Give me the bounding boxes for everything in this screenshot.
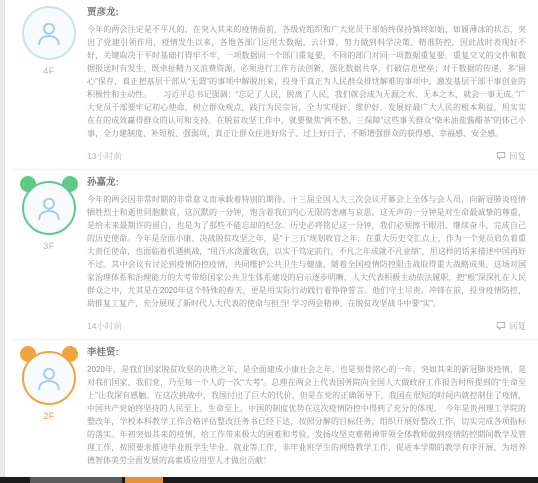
comment-thread: 4F 贾彦龙: 今年的两会注定是不平凡的，在突入其来的疫情面前，各级党组织和广大… <box>0 0 538 474</box>
reply-button-label: 回复 <box>509 320 526 332</box>
comment-content: 贾彦龙: 今年的两会注定是不平凡的，在突入其来的疫情面前，各级党组织和广大党员干… <box>85 2 538 162</box>
bottom-bar-orange-segment[interactable] <box>125 477 163 483</box>
avatar[interactable] <box>22 351 76 405</box>
comment-author: 李桂贤: <box>87 344 526 358</box>
comment-footer: 13小时前 回复 <box>87 150 526 162</box>
bottom-bar-gray-segment <box>30 477 122 483</box>
comment-item: 3F 孙嘉龙: 今年的两会因非常时期的非常意义而承载着特别的期待。十三届全国人大… <box>13 170 538 340</box>
user-avatar-icon[interactable] <box>22 181 76 235</box>
floor-badge: 4F <box>43 66 55 76</box>
comment-item: 2F 李桂贤: 2020年，是我们国家脱贫攻坚的决胜之年，是全面建成小康社会之年… <box>13 340 538 474</box>
comment-body: 今年的两会注定是不平凡的，在突入其来的疫情面前，各级党组织和广大党员干部始终保持… <box>87 23 526 140</box>
comment-content: 孙嘉龙: 今年的两会因非常时期的非常意义而承载着特别的期待。十三届全国人大三次会… <box>85 172 538 332</box>
person-icon <box>34 193 64 223</box>
comment-body: 今年的两会因非常时期的非常意义而承载着特别的期待。十三届全国人大三次会议开幕会上… <box>87 193 526 310</box>
avatar[interactable] <box>22 6 76 60</box>
reply-button[interactable]: 回复 <box>496 320 526 332</box>
comment-timestamp: 13小时前 <box>87 150 122 162</box>
comment-meta-column: 2F <box>13 342 85 467</box>
comment-meta-column: 3F <box>13 172 85 332</box>
user-avatar-icon[interactable] <box>22 6 76 60</box>
comment-author: 贾彦龙: <box>87 4 526 18</box>
floor-badge: 2F <box>43 411 55 421</box>
person-icon <box>34 18 64 48</box>
comment-footer: 14小时前 回复 <box>87 320 526 332</box>
reply-button[interactable]: 回复 <box>496 150 526 162</box>
avatar[interactable] <box>22 181 76 235</box>
comment-content: 李桂贤: 2020年，是我们国家脱贫攻坚的决胜之年，是全面建成小康社会之年，也是… <box>85 342 538 467</box>
comment-meta-column: 4F <box>13 2 85 162</box>
speech-bubble-icon <box>496 321 506 331</box>
comment-body: 2020年，是我们国家脱贫攻坚的决胜之年，是全面建成小康社会之年，也是刻骨铭心的… <box>87 363 526 467</box>
comment-author: 孙嘉龙: <box>87 174 526 188</box>
person-icon <box>34 363 64 393</box>
bottom-edge-bar <box>0 477 538 483</box>
reply-button-label: 回复 <box>509 150 526 162</box>
user-avatar-icon[interactable] <box>22 351 76 405</box>
floor-badge: 3F <box>43 241 55 251</box>
comment-timestamp: 14小时前 <box>87 320 122 332</box>
page-left-gutter <box>0 0 5 483</box>
speech-bubble-icon <box>496 151 506 161</box>
comment-item: 4F 贾彦龙: 今年的两会注定是不平凡的，在突入其来的疫情面前，各级党组织和广大… <box>13 0 538 170</box>
